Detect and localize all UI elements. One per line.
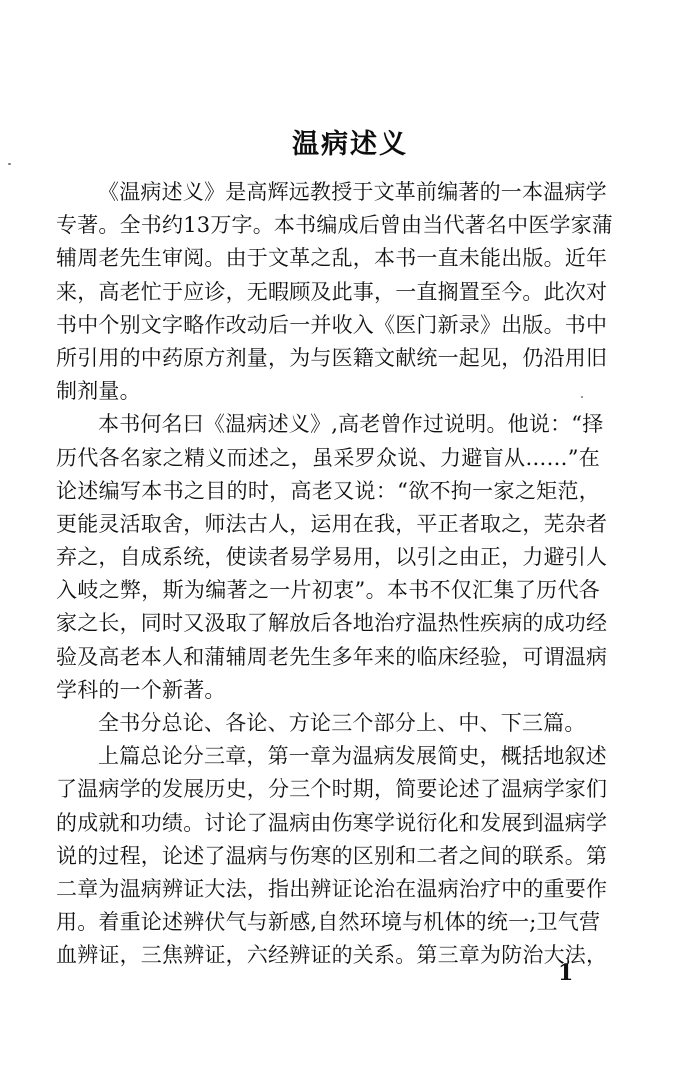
- paragraph-1: 《温病述义》是高辉远教授于文革前编著的一本温病学 专著。全书约13万字。本书编成…: [56, 176, 600, 408]
- text-line: 制剂量。: [56, 375, 600, 408]
- paragraph-2: 本书何名曰《温病述义》,高老曾作过说明。他说：“择 历代各名家之精义而述之，虽采…: [56, 408, 600, 707]
- book-page: 温病述义 《温病述义》是高辉远教授于文革前编著的一本温病学 专著。全书约13万字…: [0, 0, 700, 1069]
- text-line: 来，高老忙于应诊，无暇顾及此事，一直搁置至今。此次对: [56, 276, 600, 309]
- text-line: 入岐之弊，斯为编著之一片初衷”。本书不仅汇集了历代各: [56, 574, 600, 607]
- text-line: 《温病述义》是高辉远教授于文革前编著的一本温病学: [56, 176, 600, 209]
- text-line: 了温病学的发展历史，分三个时期，简要论述了温病学家们: [56, 773, 600, 806]
- paragraph-4: 上篇总论分三章，第一章为温病发展简史，概括地叙述 了温病学的发展历史，分三个时期…: [56, 740, 600, 972]
- text-line: 论述编写本书之目的时，高老又说：“欲不拘一家之矩范，: [56, 475, 600, 508]
- text-line: 学科的一个新著。: [56, 674, 600, 707]
- text-line: 说的过程，论述了温病与伤寒的区别和二者之间的联系。第: [56, 840, 600, 873]
- text-line: 全书分总论、各论、方论三个部分上、中、下三篇。: [56, 707, 600, 740]
- text-line: 用。着重论述辨伏气与新感,自然环境与机体的统一;卫气营: [56, 906, 600, 939]
- scan-speck: [8, 163, 11, 165]
- text-line: 本书何名曰《温病述义》,高老曾作过说明。他说：“择: [56, 408, 600, 441]
- text-line: 历代各名家之精义而述之，虽采罗众说、力避盲从……”在: [56, 442, 600, 475]
- text-line: 弃之，自成系统，使读者易学易用，以引之由正，力避引人: [56, 541, 600, 574]
- text-line: 书中个别文字略作改动后一并收入《医门新录》出版。书中: [56, 309, 600, 342]
- text-line: 所引用的中药原方剂量，为与医籍文献统一起见，仍沿用旧: [56, 342, 600, 375]
- text-line: 二章为温病辨证大法，指出辨证论治在温病治疗中的重要作: [56, 873, 600, 906]
- page-number: 1: [558, 960, 573, 986]
- paragraph-3: 全书分总论、各论、方论三个部分上、中、下三篇。: [56, 707, 600, 740]
- text-line: 验及高老本人和蒲辅周老先生多年来的临床经验，可谓温病: [56, 641, 600, 674]
- body-text: 《温病述义》是高辉远教授于文革前编著的一本温病学 专著。全书约13万字。本书编成…: [56, 176, 600, 973]
- chapter-title: 温病述义: [0, 122, 700, 161]
- text-line: 专著。全书约13万字。本书编成后曾由当代著名中医学家蒲: [56, 209, 600, 242]
- text-line: 的成就和功绩。讨论了温病由伤寒学说衍化和发展到温病学: [56, 807, 600, 840]
- text-line: 更能灵活取舍，师法古人，运用在我，平正者取之，芜杂者: [56, 508, 600, 541]
- text-line: 辅周老先生审阅。由于文革之乱，本书一直未能出版。近年: [56, 242, 600, 275]
- text-line: 家之长，同时又汲取了解放后各地治疗温热性疾病的成功经: [56, 607, 600, 640]
- text-line: 血辨证，三焦辨证，六经辨证的关系。第三章为防治大法，: [56, 939, 600, 972]
- text-line: 上篇总论分三章，第一章为温病发展简史，概括地叙述: [56, 740, 600, 773]
